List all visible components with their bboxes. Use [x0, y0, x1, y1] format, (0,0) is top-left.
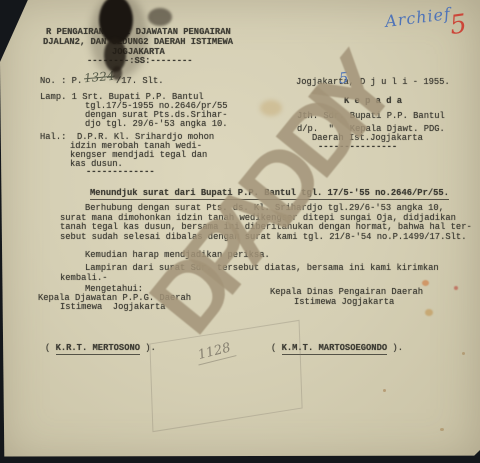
stain-spot [462, 352, 465, 355]
sig-right-line: Istimewa Jogjakarta [294, 297, 394, 307]
sig-left-line: Istimewa Jogjakarta [60, 302, 166, 312]
ref-lamp-line: djo tgl. 29/6-'53 angka 10. [85, 119, 228, 129]
dateline-rest: D j u l i - 1955. [360, 77, 450, 87]
sig-left-name: ( K.R.T. MERTOSONO ). [45, 343, 156, 353]
ref-no-prefix: No. : P. [40, 76, 82, 86]
ink-blot [148, 8, 172, 26]
ink-blot [112, 66, 122, 80]
stain-spot [422, 280, 429, 286]
stain-spot [454, 286, 458, 290]
ref-hal-divider: ------------- [86, 167, 155, 177]
scanned-letter-photo: R PENGAIRAN DARI DJAWATAN PENGAIRAN DJAL… [0, 0, 480, 463]
sig-right-line: Kepala Dinas Pengairan Daerah [270, 287, 423, 297]
stain-spot [440, 428, 444, 431]
stain-spot [425, 309, 433, 316]
stain-spot [383, 389, 386, 392]
body-line: kembali.- [60, 273, 108, 283]
